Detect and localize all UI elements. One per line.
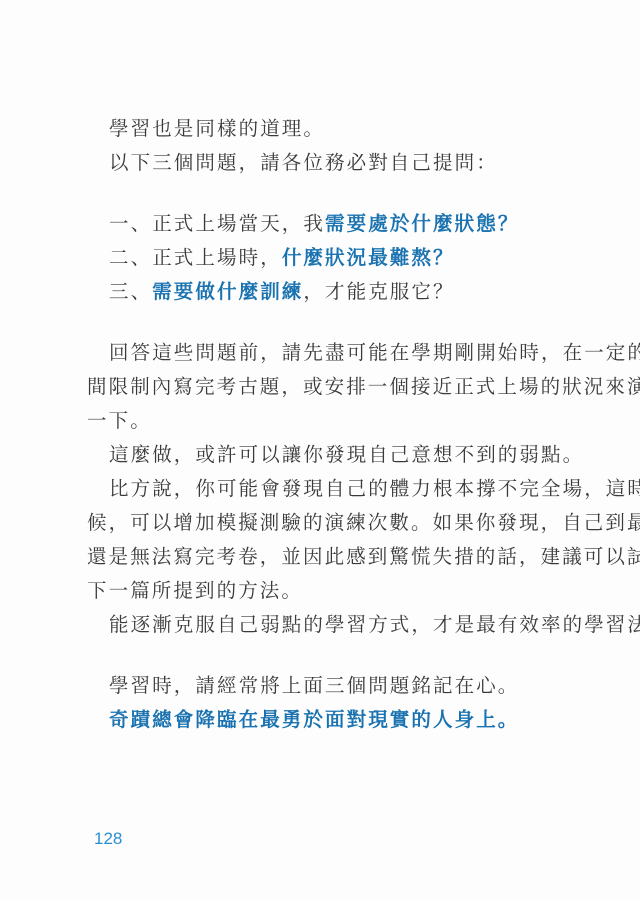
question-1-highlight: 需要處於什麼狀態？ — [325, 212, 519, 235]
paragraph-3-line-3: 還是無法寫完考卷，並因此感到驚慌失措的話，建議可以試試 — [87, 540, 551, 574]
paragraph-3-line-1: 比方說，你可能會發現自己的體力根本撐不完全場，這時 — [87, 472, 551, 506]
paragraph-3-line-2: 候，可以增加模擬測驗的演練次數。如果你發現，自己到最後 — [87, 506, 551, 540]
question-1: 一、正式上場當天，我需要處於什麼狀態？ — [87, 207, 551, 241]
paragraph-1-line-3: 一下。 — [87, 404, 551, 438]
book-page-content: 學習也是同樣的道理。 以下三個問題，請各位務必對自己提問： 一、正式上場當天，我… — [87, 112, 551, 737]
page-number: 128 — [94, 829, 122, 849]
question-1-prefix: 一、正式上場當天，我 — [109, 212, 325, 235]
spacer — [87, 642, 551, 669]
paragraph-1-line-1: 回答這些問題前，請先盡可能在學期剛開始時，在一定的時 — [87, 336, 551, 370]
spacer — [87, 180, 551, 207]
closing-line-2-highlight: 奇蹟總會降臨在最勇於面對現實的人身上。 — [87, 703, 551, 737]
question-2: 二、正式上場時，什麼狀況最難熬？ — [87, 241, 551, 275]
paragraph-4: 能逐漸克服自己弱點的學習方式，才是最有效率的學習法。 — [87, 608, 551, 642]
paragraph-2: 這麼做，或許可以讓你發現自己意想不到的弱點。 — [87, 438, 551, 472]
question-3-highlight: 需要做什麼訓練 — [152, 280, 303, 303]
intro-line-2: 以下三個問題，請各位務必對自己提問： — [87, 146, 551, 180]
question-3-suffix: ，才能克服它？ — [303, 280, 454, 303]
question-3: 三、需要做什麼訓練，才能克服它？ — [87, 275, 551, 309]
paragraph-1-line-2: 間限制內寫完考古題，或安排一個接近正式上場的狀況來演練 — [87, 370, 551, 404]
spacer — [87, 309, 551, 336]
question-2-prefix: 二、正式上場時， — [109, 246, 282, 269]
closing-line-1: 學習時，請經常將上面三個問題銘記在心。 — [87, 669, 551, 703]
question-3-prefix: 三、 — [109, 280, 152, 303]
paragraph-3-line-4: 下一篇所提到的方法。 — [87, 574, 551, 608]
question-2-highlight: 什麼狀況最難熬？ — [282, 246, 455, 269]
intro-line-1: 學習也是同樣的道理。 — [87, 112, 551, 146]
